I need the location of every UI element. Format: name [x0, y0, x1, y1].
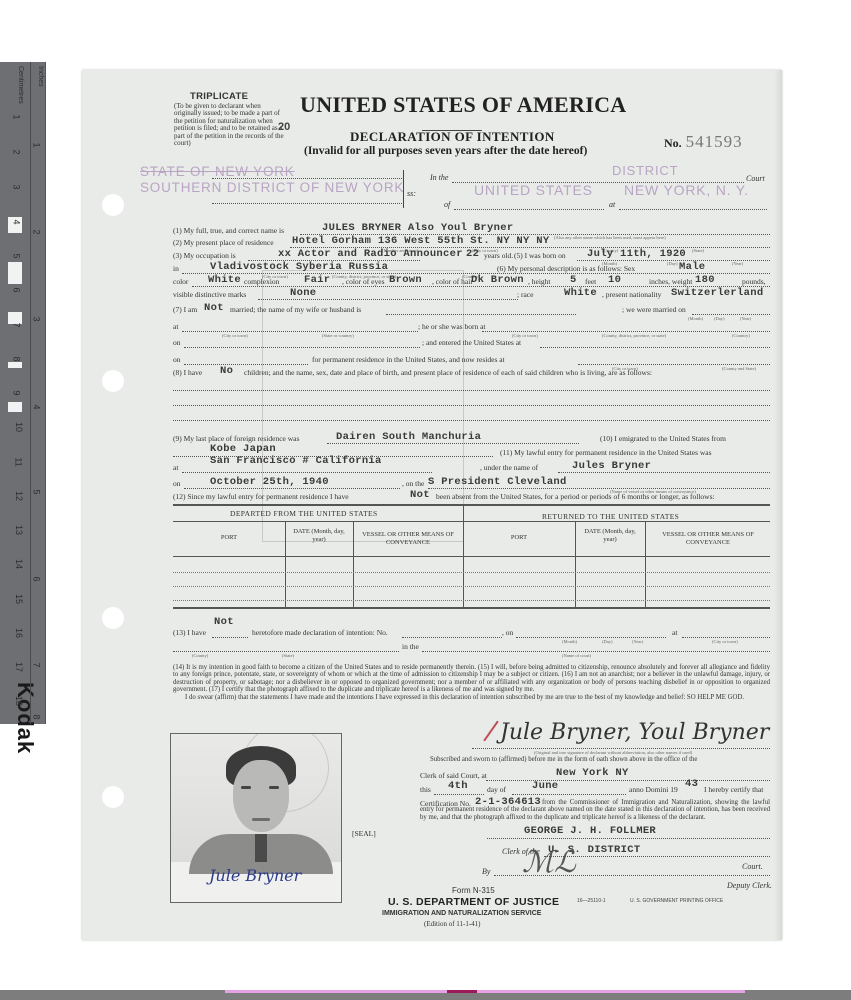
entry-name-value: Jules Bryner: [572, 460, 651, 472]
declaration-number: No. 541593: [664, 132, 743, 152]
hint: (City or town): [712, 639, 738, 644]
cm-mark: 4: [12, 219, 22, 224]
cm-mark: 13: [14, 525, 24, 535]
full-name-value: JULES BRYNER Also Youl Bryner: [322, 222, 513, 234]
birth-date-value: July 11th, 1920: [587, 248, 686, 260]
at-label: at: [173, 463, 178, 472]
married-value: Not: [204, 302, 224, 314]
inch-mark: 6: [32, 576, 42, 581]
on-label: on: [173, 355, 181, 364]
day-value: 4th: [448, 780, 468, 792]
triplicate-note: (To be given to declarant when originall…: [174, 103, 284, 147]
scale-ruler: Centimetres Kodak Inches 1 2 3 4 5 6 7 8…: [0, 62, 46, 724]
paper-edge: [774, 70, 782, 940]
q9-line: [327, 443, 579, 444]
sex-value: Male: [679, 261, 705, 273]
number-label: No.: [664, 136, 682, 150]
q11-at-line: [182, 472, 432, 473]
hint: (City or town): [222, 333, 248, 338]
children-line: [173, 405, 770, 406]
punch-hole: [102, 194, 124, 216]
hint: (State or country): [322, 333, 354, 338]
of-line: [454, 209, 604, 210]
cm-mark: 18: [14, 696, 24, 706]
children-value: No: [220, 365, 233, 377]
hint: (Name of court): [562, 653, 591, 658]
scanner-bottom-strip: [0, 990, 851, 1000]
marks-value: None: [290, 287, 316, 299]
in-label: in: [173, 264, 179, 273]
q2-hint: (State): [692, 248, 704, 253]
hair-label: , color of hair: [432, 277, 473, 286]
height-inches-value: 10: [608, 274, 621, 286]
q13-line: [212, 637, 248, 638]
print-code: 16—25110-1: [577, 898, 606, 904]
cm-mark: 8: [12, 356, 22, 361]
hint: (Day): [602, 639, 613, 644]
occupation-value: xx Actor and Radio Announcer: [278, 248, 463, 260]
photo-mouth: [252, 818, 270, 821]
entry-port-value: San Francisco # California: [210, 455, 382, 467]
children-line: [173, 420, 770, 421]
race-value: White: [564, 287, 597, 299]
year-value: 43: [685, 778, 698, 790]
cm-mark: 17: [14, 662, 24, 672]
ruler-decor: [8, 262, 22, 284]
swear-paragraph: I do swear (affirm) that the statements …: [173, 694, 770, 701]
returned-title: RETURNED TO THE UNITED STATES: [542, 512, 679, 521]
clerk-court-line: [544, 856, 770, 857]
punch-hole: [102, 786, 124, 808]
hint: (Month): [688, 316, 703, 321]
height-label: , height: [528, 277, 551, 286]
court-period-label: Court.: [742, 862, 763, 871]
day-of-label: day of: [487, 785, 506, 794]
q8-text: children; and the name, sex, date and pl…: [244, 368, 652, 377]
state-stamp-text: STATE OF NEW YORK: [140, 164, 295, 179]
page-title: UNITED STATES OF AMERICA: [300, 92, 626, 118]
q11-on-line: [184, 488, 400, 489]
q13-at-label: at: [672, 628, 677, 637]
deputy-clerk-label: Deputy Clerk.: [727, 881, 772, 890]
married-on-label: ; we were married on: [622, 305, 686, 314]
color-calibration-bar: [225, 990, 745, 993]
photo-eye: [269, 786, 279, 789]
cm-mark: 12: [14, 491, 24, 501]
venue-line: [212, 203, 402, 204]
hint: (Month): [562, 639, 577, 644]
seal-label: [SEAL]: [352, 829, 376, 838]
born-at-label: ; he or she was born at: [418, 322, 485, 331]
inch-mark: 2: [32, 229, 42, 234]
feet-label: feet: [585, 277, 596, 286]
cm-mark: 7: [12, 322, 22, 327]
nationality-label: , present nationality: [602, 290, 661, 299]
at-label: at: [609, 200, 615, 209]
in-the-label: in the: [402, 642, 419, 651]
q12-text: been absent from the United States, for …: [436, 492, 715, 501]
certify-label: I hereby certify that: [704, 785, 763, 794]
department-name: U. S. DEPARTMENT OF JUSTICE: [388, 896, 559, 908]
q11-name-line: [558, 472, 770, 473]
q13-label: (13) I have: [173, 628, 206, 637]
spouse-name-line: [386, 314, 576, 315]
q5-hint: (Year): [732, 261, 743, 266]
q13-court-line: [422, 651, 770, 652]
number-value: 541593: [686, 132, 743, 151]
entry-date-value: October 25th, 1940: [210, 476, 329, 488]
ruler-decor: [8, 362, 22, 368]
table-rule: [173, 607, 770, 609]
cm-mark: 16: [14, 628, 24, 638]
deputy-signature-scrawl: ℳℒ: [522, 845, 576, 880]
form-validity-note: (Invalid for all purposes seven years af…: [304, 145, 587, 157]
on-line: [184, 364, 308, 365]
height-feet-value: 5: [570, 274, 577, 286]
triplicate-stamp: 20: [278, 121, 290, 133]
q1-hint: (Also any other name which has been used…: [554, 235, 666, 240]
calibration-mark: [447, 990, 477, 993]
printer-name: U. S. GOVERNMENT PRINTING OFFICE: [630, 898, 723, 904]
birthplace-value: Vladivostock Syberia Russia: [210, 261, 388, 273]
check-mark: [483, 721, 498, 742]
permanent-label: for permanent residence in the United St…: [312, 355, 505, 364]
signature-hint: (Original and true signature of declaran…: [534, 750, 692, 755]
hint: (Year): [740, 316, 751, 321]
clerk-name: GEORGE J. H. FOLLMER: [524, 825, 656, 837]
clerk-name-line: [487, 838, 770, 839]
service-name: IMMIGRATION AND NATURALIZATION SERVICE: [382, 910, 541, 917]
oath-paragraph: (14) It is my intention in good faith to…: [173, 664, 770, 693]
q10-label: (10) I emigrated to the United States fr…: [600, 434, 726, 443]
marks-line: [258, 299, 518, 300]
vessel-label: , on the: [402, 479, 424, 488]
on-line: [184, 347, 420, 348]
q1-label: (1) My full, true, and correct name is: [173, 226, 284, 235]
clerk-at-value: New York NY: [556, 767, 629, 779]
at-label: at: [173, 322, 178, 331]
ruler-label-cm: Centimetres: [17, 66, 24, 104]
clerk-at-line: [486, 780, 770, 781]
col-date: DATE (Month, day, year): [578, 528, 642, 543]
on-label: on: [173, 338, 181, 347]
edition-note: (Edition of 11-1-41): [424, 920, 481, 928]
this-label: this: [420, 785, 431, 794]
signature-line: [472, 748, 770, 749]
absent-value: Not: [410, 489, 430, 501]
weight-value: 180: [695, 274, 715, 286]
hint: (County, district, province, or state): [602, 333, 666, 338]
punch-hole: [102, 607, 124, 629]
cm-mark: 1: [12, 114, 22, 119]
col-vessel: VESSEL OR OTHER MEANS OF CONVEYANCE: [648, 531, 768, 546]
photo-face: [233, 760, 289, 832]
inch-mark: 4: [32, 404, 42, 409]
ss-label: ss:: [407, 189, 416, 198]
color-label: color: [173, 277, 188, 286]
cm-mark: 2: [12, 149, 22, 154]
q13-county-line: [173, 651, 399, 652]
nationality-value: Switzerlerland: [671, 287, 763, 299]
q9-label: (9) My last place of foreign residence w…: [173, 434, 299, 443]
prior-declaration-value: Not: [214, 616, 234, 628]
cm-mark: 10: [14, 422, 24, 432]
marks-label: visible distinctive marks: [173, 290, 246, 299]
complexion-label: complexion: [244, 277, 279, 286]
pounds-label: pounds,: [742, 277, 766, 286]
age-value: 22: [466, 248, 479, 260]
cm-mark: 9: [12, 390, 22, 395]
declaration-document: TRIPLICATE (To be given to declarant whe…: [82, 70, 782, 940]
state-stamp: STATE OF NEW YORK: [140, 164, 295, 179]
court-stamp: DISTRICT: [612, 163, 678, 178]
photo-signature: Jule Bryner: [209, 866, 301, 885]
table-row: [173, 586, 770, 587]
district-stamp: SOUTHERN DISTRICT OF NEW YORK: [140, 180, 404, 195]
race-label: ; race: [517, 290, 533, 299]
day-line: [434, 794, 484, 795]
q13-on-label: , on: [502, 628, 513, 637]
month-line: [512, 794, 626, 795]
col-date: DATE (Month, day, year): [288, 528, 350, 543]
children-line: [173, 390, 770, 391]
q13-at-line: [682, 637, 770, 638]
of-label: of: [444, 200, 450, 209]
table-rule: [173, 521, 770, 522]
q11-label: (11) My lawful entry for permanent resid…: [500, 448, 712, 457]
form-subtitle: DECLARATION OF INTENTION: [350, 129, 555, 145]
subscribed-text: Subscribed and sworn to (affirmed) befor…: [420, 756, 770, 763]
on-label: on: [173, 479, 181, 488]
month-value: June: [532, 780, 558, 792]
photo-eye: [241, 786, 251, 789]
q8-label: (8) I have: [173, 368, 202, 377]
ruler-inch-strip: Inches: [30, 62, 46, 724]
q4-suffix: years old.: [484, 251, 513, 260]
q13-on-line: [516, 637, 666, 638]
of-stamp: UNITED STATES: [474, 182, 593, 198]
cm-mark: 6: [12, 287, 22, 292]
venue-bracket: [403, 170, 404, 208]
inch-mark: 1: [32, 142, 42, 147]
inches-label: inches, weight: [649, 277, 692, 286]
ruler-label-inches: Inches: [37, 66, 44, 87]
table-rule: [173, 504, 770, 506]
married-on-line: [692, 314, 770, 315]
at-line: [619, 209, 767, 210]
eyes-value: Brown: [389, 274, 422, 286]
cm-mark: 3: [12, 184, 22, 189]
foreign-residence-value: Dairen South Manchuria: [336, 431, 481, 443]
venue-line: [212, 178, 402, 179]
inch-mark: 7: [32, 662, 42, 667]
cm-mark: 11: [14, 457, 24, 466]
cm-mark: 5: [12, 253, 22, 258]
table-row: [173, 572, 770, 573]
hint: (Year): [632, 639, 643, 644]
q13-no-line: [402, 637, 502, 638]
color-value: White: [208, 274, 241, 286]
at-line: [182, 331, 418, 332]
by-label: By: [482, 867, 490, 876]
cm-mark: 14: [14, 559, 24, 569]
entered-label: ; and entered the United States at: [422, 338, 521, 347]
q5-label: (5) I was born on: [514, 251, 566, 260]
under-name-label: , under the name of: [480, 463, 538, 472]
col-port: PORT: [463, 534, 575, 542]
complexion-value: Fair: [304, 274, 330, 286]
hint: (State): [282, 653, 294, 658]
residence-value: Hotel Gorham 136 West 55th St. NY NY NY: [292, 235, 549, 247]
entered-line: [540, 347, 770, 348]
col-port: PORT: [173, 534, 285, 542]
inch-mark: 3: [32, 316, 42, 321]
ruler-decor: [8, 402, 22, 412]
hint: (County): [192, 653, 208, 658]
photo-tie: [255, 834, 267, 862]
table-row: [173, 600, 770, 601]
at-stamp: NEW YORK, N. Y.: [624, 182, 749, 198]
table-rule: [173, 556, 770, 557]
cert-text: from the Commissioner of Immigration and…: [420, 799, 770, 821]
q13-text: heretofore made declaration of intention…: [252, 628, 388, 637]
q3-label: (3) My occupation is: [173, 251, 236, 260]
table-col-divider: [285, 521, 286, 607]
in-the-label: In the: [430, 173, 448, 182]
q7-text: married; the name of my wife or husband …: [230, 305, 361, 314]
q7-label: (7) I am: [173, 305, 197, 314]
triplicate-title: TRIPLICATE: [190, 91, 248, 102]
declarant-signature: Jule Bryner, Youl Bryner: [500, 720, 769, 745]
hint: (Country): [732, 333, 750, 338]
table-col-divider: [645, 521, 646, 607]
born-at-line: [482, 331, 770, 332]
emigrated-from-value: Kobe Japan: [210, 443, 276, 455]
eyes-label: , color of eyes: [342, 277, 384, 286]
hint: (County and State): [722, 366, 756, 371]
q11-vessel-line: [428, 488, 770, 489]
resides-line: [578, 364, 770, 365]
q6-label: (6) My personal description is as follow…: [497, 264, 635, 273]
hair-value: Dk Brown: [471, 274, 524, 286]
inch-mark: 8: [32, 714, 42, 719]
clerk-at-label: Clerk of said Court, at: [420, 771, 487, 780]
cm-mark: 15: [14, 594, 24, 604]
q12-label: (12) Since my lawful entry for permanent…: [173, 492, 349, 501]
vessel-value: S President Cleveland: [428, 476, 567, 488]
hint: (Day): [714, 316, 725, 321]
table-col-divider: [353, 521, 354, 607]
q5-hint: (Day): [667, 261, 678, 266]
declarant-photo: Jule Bryner: [170, 733, 342, 903]
anno-label: anno Domini 19: [629, 785, 678, 794]
table-col-divider: [575, 521, 576, 607]
q2-label: (2) My present place of residence: [173, 238, 274, 247]
punch-hole: [102, 370, 124, 392]
inch-mark: 5: [32, 489, 42, 494]
col-vessel: VESSEL OR OTHER MEANS OF CONVEYANCE: [356, 531, 460, 546]
departed-title: DEPARTED FROM THE UNITED STATES: [230, 509, 378, 518]
form-number: Form N-315: [452, 886, 495, 895]
